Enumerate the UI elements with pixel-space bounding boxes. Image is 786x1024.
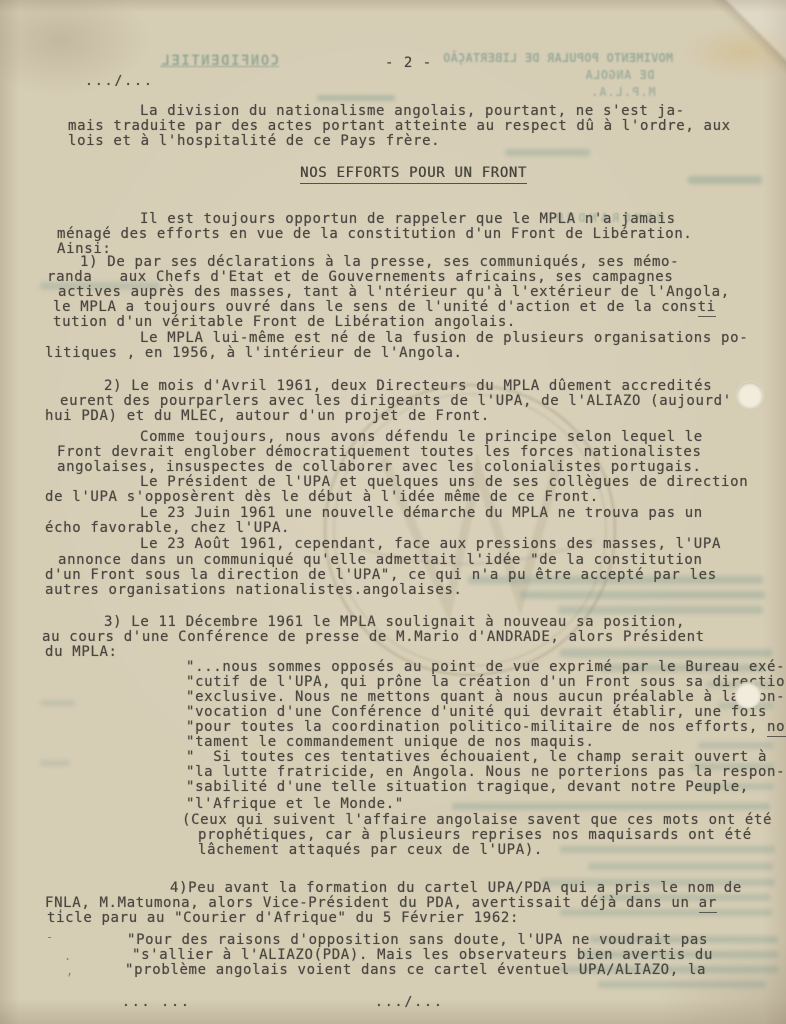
- continuation-mark-top: .../...: [85, 74, 154, 89]
- text-line: 2) Le mois d'Avril 1961, deux Directeurs…: [104, 379, 712, 393]
- text-line: d'un Front sous la direction de l'UPA", …: [45, 568, 717, 582]
- text-line: du MPLA:: [45, 645, 118, 659]
- bleedthrough-smudge: [520, 591, 765, 599]
- margin-mark: -: [46, 930, 53, 944]
- text-line: "...nous sommes opposés au point de vue …: [186, 660, 785, 674]
- text-line: écho favorable, chez l'UPA.: [45, 521, 290, 535]
- text-line: le MPLA a toujours ouvré dans le sens de…: [53, 300, 716, 314]
- bleedthrough-smudge: [698, 742, 774, 749]
- text-line: FNLA, M.Matumona, alors Vice-Président d…: [45, 896, 717, 910]
- bleedthrough-smudge: [40, 760, 70, 766]
- page-number: - 2 -: [385, 55, 432, 71]
- text-line: 1) De par ses déclarations à la presse, …: [80, 255, 679, 269]
- text-line: autres organisations nationalistes.angol…: [45, 583, 463, 597]
- punch-hole: [735, 682, 761, 708]
- text-line: eurent des pourparlers avec les dirigean…: [60, 394, 732, 408]
- margin-mark: .: [57, 900, 64, 914]
- text-line: Comme toujours, nous avons défendu le pr…: [140, 430, 703, 444]
- text-line: randa aux Chefs d'Etat et de Gouvernemen…: [47, 270, 673, 284]
- text-line: Le Président de l'UPA et quelques uns de…: [140, 475, 748, 489]
- bleedthrough-stamp-text: MOVIMENTO POPULAR DE LIBERTAÇÃO: [443, 51, 673, 65]
- text-line: actives auprès des masses, tant à l'ntér…: [58, 285, 730, 299]
- punch-hole: [737, 382, 763, 408]
- text-line: " Si toutes ces tentatives échouaient, l…: [186, 750, 767, 764]
- bleedthrough-stamp-text: DE ANGOLA: [585, 68, 655, 82]
- bleedthrough-smudge: [505, 149, 590, 156]
- text-line: 3) Le 11 Décembre 1961 le MPLA soulignai…: [104, 615, 685, 629]
- text-line: "cutif de l'UPA, qui prône la création d…: [186, 675, 786, 689]
- text-line: Le 23 Juin 1961 une nouvelle démarche du…: [140, 506, 703, 520]
- text-line: lois et à l'hospitalité de ce Pays frère…: [68, 134, 440, 148]
- bleedthrough-stamp-text: M.P.L.A.: [590, 85, 656, 99]
- continuation-mark-bottom-right: .../...: [375, 995, 444, 1010]
- text-line: de l'UPA s'opposèrent dès le début à l'i…: [45, 490, 599, 504]
- text-line: (Ceux qui suivent l'affaire angolaise sa…: [182, 813, 772, 827]
- text-line: prophétiques, car à plusieurs reprises n…: [198, 828, 752, 842]
- text-line: angolaises, insuspectes de collaborer av…: [57, 460, 702, 474]
- bleedthrough-smudge: [688, 176, 762, 184]
- bleedthrough-smudge: [598, 981, 766, 988]
- text-line: "sabilité d'une telle situation tragique…: [186, 780, 749, 794]
- text-line: "problème angolais voient dans ce cartel…: [125, 963, 706, 977]
- text-line: "tament le commandement unique de nos ma…: [186, 735, 595, 749]
- text-line: litiques , en 1956, à l'intérieur de l'A…: [45, 346, 463, 360]
- text-line: au cours d'une Conférence de presse de M…: [42, 630, 705, 644]
- text-line: "vocation d'une Conférence d'unité qui d…: [186, 705, 767, 719]
- text-line: Le MPLA lui-même est né de la fusion de …: [140, 331, 748, 345]
- continuation-mark-bottom-left: ... ...: [122, 995, 191, 1010]
- text-line: Front devrait englober démocratiquement …: [57, 445, 702, 459]
- text-line: ménagé des efforts en vue de la constitu…: [57, 227, 693, 241]
- text-line: hui PDA) et du MLEC, autour d'un projet …: [45, 409, 490, 423]
- bleedthrough-smudge: [558, 606, 763, 614]
- text-line: "la lutte fratricide, en Angola. Nous ne…: [186, 765, 785, 779]
- margin-mark: ,: [66, 964, 73, 978]
- text-line: "l'Afrique et le Monde.": [186, 797, 404, 811]
- text-line: tution d'un véritable Front de Libératio…: [53, 315, 516, 329]
- margin-mark: .: [64, 949, 71, 963]
- bleedthrough-smudge: [588, 863, 773, 870]
- bleedthrough-smudge: [560, 649, 772, 657]
- text-line: Il est toujours opportun de rappeler que…: [140, 212, 676, 226]
- bleedthrough-stamp-text: CONFIDENTIEL: [160, 53, 279, 69]
- bleedthrough-smudge: [452, 803, 770, 810]
- text-line: "s'allier à l'ALIAZO(PDA). Mais les obse…: [132, 948, 713, 962]
- text-line: Le 23 Août 1961, cependant, face aux pre…: [140, 537, 721, 551]
- bleedthrough-smudge: [560, 846, 775, 853]
- text-line: 4)Peu avant la formation du cartel UPA/P…: [170, 881, 742, 895]
- text-line: ticle paru au "Courier d'Afrique" du 5 F…: [47, 911, 519, 925]
- corner-crease: [676, 0, 786, 80]
- document-page: CONFIDENTIELMOVIMENTO POPULAR DE LIBERTA…: [0, 0, 786, 1024]
- text-line: annonce dans un communiqué qu'elle admet…: [58, 553, 703, 567]
- section-heading: NOS EFFORTS POUR UN FRONT: [300, 165, 527, 184]
- text-line: "pour toutes la coordination politico-mi…: [186, 720, 786, 734]
- text-line: "exclusive. Nous ne mettons quant à nous…: [186, 690, 785, 704]
- text-line: La division du nationalisme angolais, po…: [140, 104, 685, 118]
- bleedthrough-smudge: [317, 96, 395, 100]
- text-line: mais traduite par des actes portant atte…: [68, 119, 731, 133]
- text-line: lâchement attaqués par ceux de l'UPA).: [198, 843, 543, 857]
- bleedthrough-smudge: [40, 700, 75, 706]
- text-line: "Pour des raisons d'opposition sans dout…: [127, 933, 708, 947]
